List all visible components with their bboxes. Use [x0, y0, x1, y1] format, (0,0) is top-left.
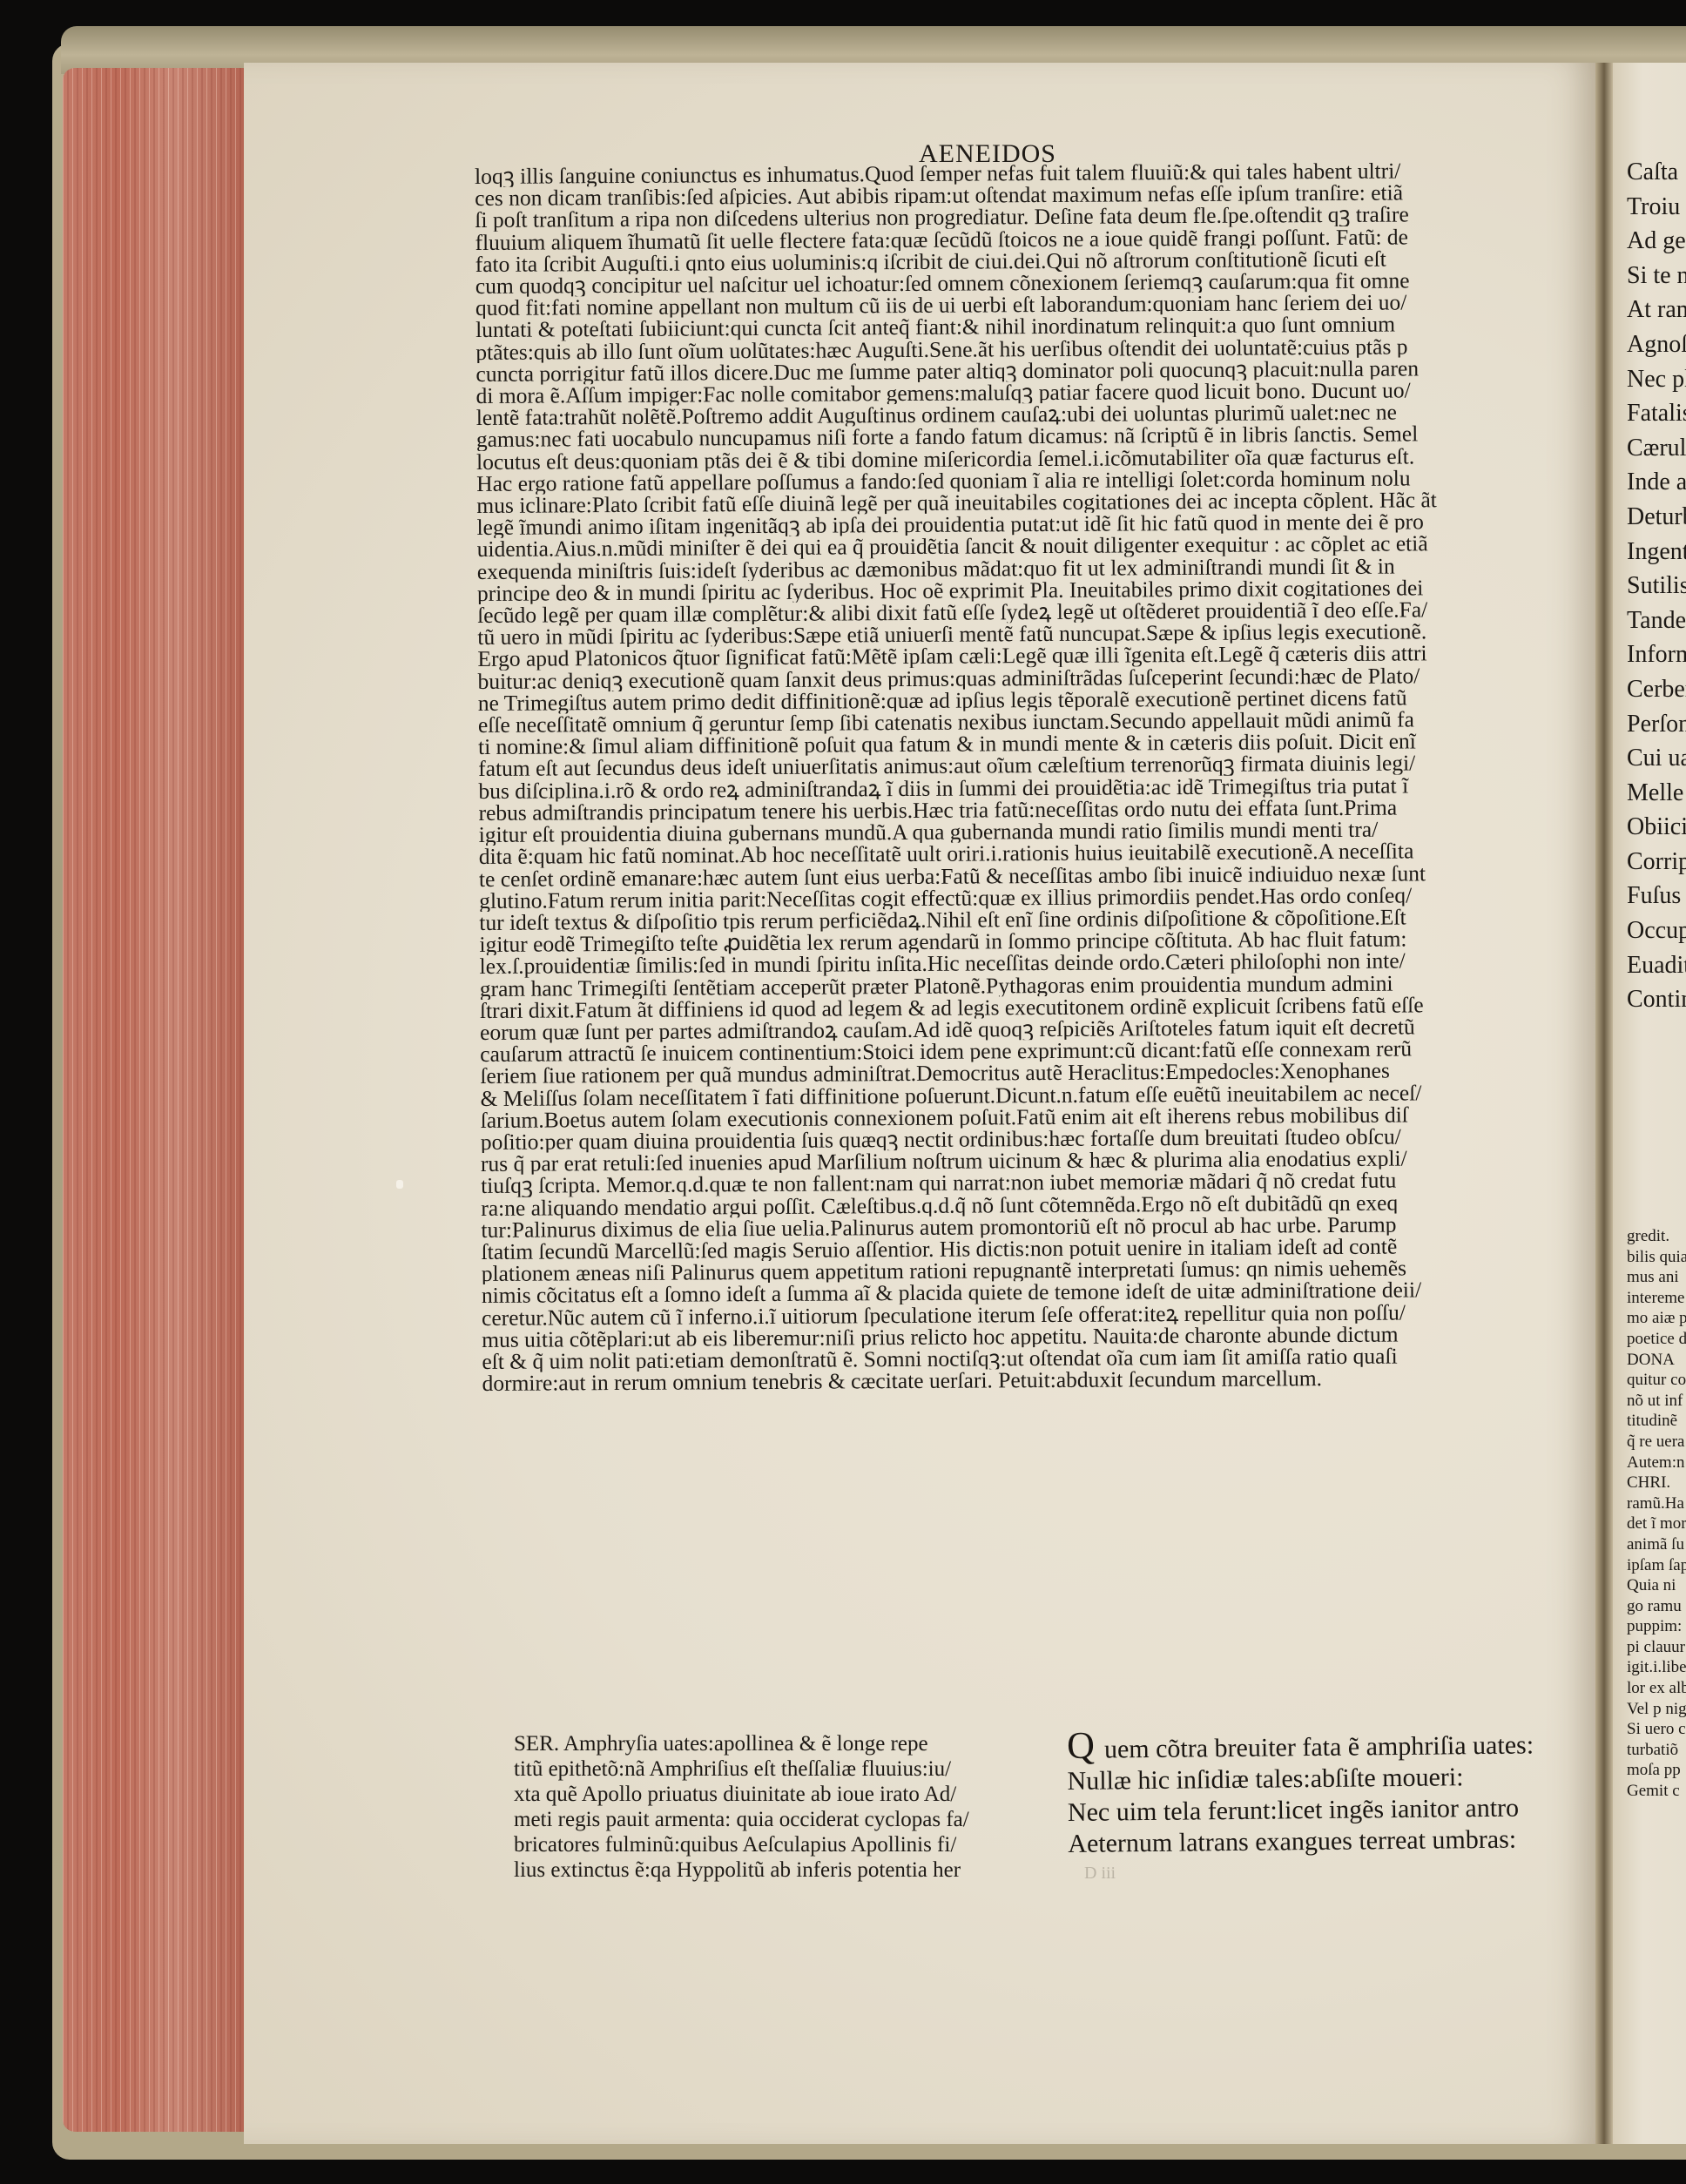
right-verse-line: Agnoſ: [1627, 327, 1686, 362]
verse-line: Nullæ hic inſidiæ tales:abſiſte moueri:: [1067, 1761, 1589, 1797]
right-commentary-line: titudinẽ: [1627, 1411, 1686, 1432]
right-verse-line: Caſta: [1627, 155, 1686, 190]
right-verse-line: Tander: [1627, 603, 1686, 638]
right-commentary-line: poetice d: [1627, 1329, 1686, 1350]
right-commentary-line: igit.i.libe: [1627, 1657, 1686, 1678]
right-commentary-line: det ĩ mor: [1627, 1513, 1686, 1534]
verse-line: Q uem cõtra breuiter fata ẽ amphriſia ua…: [1067, 1728, 1589, 1766]
right-commentary-line: Quia ni: [1627, 1575, 1686, 1596]
verse-text: Aeternum latrans exangues terreat umbras…: [1068, 1825, 1516, 1858]
right-commentary-line: gredit.: [1627, 1226, 1686, 1247]
right-verse-line: Cui uat: [1627, 741, 1686, 776]
right-commentary-line: Si uero c: [1627, 1719, 1686, 1740]
right-verse-line: Troiu: [1627, 190, 1686, 225]
right-verse-line: Deturb: [1627, 500, 1686, 535]
right-commentary-line: Gemit c: [1627, 1781, 1686, 1802]
right-verse-line: Fatalis: [1627, 396, 1686, 431]
verse-line: Nec uim tela ferunt:licet ingẽs ianitor …: [1068, 1792, 1590, 1829]
paper-blemish: [396, 1180, 403, 1189]
right-commentary-line: puppim:: [1627, 1616, 1686, 1637]
servius-line: xta quẽ Apollo priuatus diuinitate ab io…: [514, 1782, 1054, 1807]
right-commentary-line: lor ex alb: [1627, 1678, 1686, 1699]
right-commentary-line: ipſam ſap: [1627, 1555, 1686, 1576]
right-commentary-line: moſa pp: [1627, 1760, 1686, 1781]
right-verse-line: Euadit: [1627, 948, 1686, 983]
book-gutter: [1595, 63, 1613, 2144]
verse-block: Q uem cõtra breuiter fata ẽ amphriſia ua…: [1067, 1728, 1590, 1860]
right-verse-line: Ad ge: [1627, 224, 1686, 259]
signature-mark: D iii: [1084, 1864, 1116, 1884]
right-verse-line: Melle ſ: [1627, 776, 1686, 811]
verse-text: Nec uim tela ferunt:licet ingẽs ianitor …: [1068, 1794, 1519, 1827]
commentary-block: loqꝫ illis ſanguine coniunctus es inhuma…: [475, 158, 1580, 1394]
right-verse-line: Cerber: [1627, 672, 1686, 707]
right-verse-line: Si te n: [1627, 259, 1686, 293]
right-verse-line: Obiici: [1627, 810, 1686, 845]
right-commentary-line: q̃ re uera: [1627, 1432, 1686, 1453]
servius-line: SER. Amphryſia uates:apollinea & ẽ longe…: [514, 1731, 1054, 1756]
right-verse-line: Inform: [1627, 637, 1686, 672]
verse-text: uem cõtra breuiter fata ẽ amphriſia uate…: [1104, 1730, 1534, 1763]
servius-line: meti regis pauit armenta: quia occiderat…: [514, 1807, 1054, 1832]
right-page-verse: CaſtaTroiuAd geSi te nAt ramAgnoſNec plF…: [1627, 155, 1686, 1017]
right-verse-line: Inde al: [1627, 465, 1686, 500]
verse-line: Aeternum latrans exangues terreat umbras…: [1068, 1823, 1590, 1860]
right-commentary-line: ramũ.Ha: [1627, 1493, 1686, 1514]
right-commentary-line: bilis quia: [1627, 1247, 1686, 1268]
servius-line: titũ epithetõ:nã Amphriſius eſt theſſali…: [514, 1756, 1054, 1782]
right-commentary-line: Autem:n: [1627, 1453, 1686, 1473]
right-verse-line: Fuſus l: [1627, 879, 1686, 913]
right-verse-line: Cærul: [1627, 431, 1686, 466]
right-commentary-line: quitur co: [1627, 1370, 1686, 1391]
servius-commentary-block: SER. Amphryſia uates:apollinea & ẽ longe…: [514, 1731, 1054, 1883]
right-commentary-line: turbatiõ: [1627, 1740, 1686, 1761]
right-commentary-line: mus ani: [1627, 1267, 1686, 1288]
drop-capital: Q: [1067, 1724, 1104, 1767]
right-verse-line: Occup: [1627, 913, 1686, 948]
right-verse-line: Sutilis:: [1627, 569, 1686, 603]
right-commentary-line: intereme: [1627, 1288, 1686, 1309]
right-commentary-line: CHRI.: [1627, 1473, 1686, 1493]
servius-line: lius extinctus ẽ:qa Hyppolitũ ab inferis…: [514, 1857, 1054, 1883]
right-commentary-line: DONA: [1627, 1350, 1686, 1371]
right-verse-line: Corrip: [1627, 845, 1686, 880]
right-page-commentary: gredit.bilis quiamus aniinterememo aiæ p…: [1627, 1226, 1686, 1802]
right-verse-line: Nec pl: [1627, 362, 1686, 397]
right-commentary-line: Vel p nig: [1627, 1699, 1686, 1720]
right-verse-line: Contin: [1627, 982, 1686, 1017]
verse-text: Nullæ hic inſidiæ tales:abſiſte moueri:: [1067, 1763, 1463, 1796]
right-verse-line: Perſon: [1627, 707, 1686, 742]
right-commentary-line: animã ſu: [1627, 1534, 1686, 1555]
right-commentary-line: go ramu: [1627, 1596, 1686, 1617]
right-commentary-line: mo aiæ p: [1627, 1308, 1686, 1329]
right-verse-line: Ingente: [1627, 535, 1686, 570]
servius-line: bricatores fulminũ:quibus Aeſculapius Ap…: [514, 1832, 1054, 1857]
right-commentary-line: nõ ut inf: [1627, 1391, 1686, 1412]
red-fore-edge: [63, 68, 246, 2132]
right-verse-line: At ram: [1627, 293, 1686, 327]
right-commentary-line: pi clauur: [1627, 1637, 1686, 1658]
